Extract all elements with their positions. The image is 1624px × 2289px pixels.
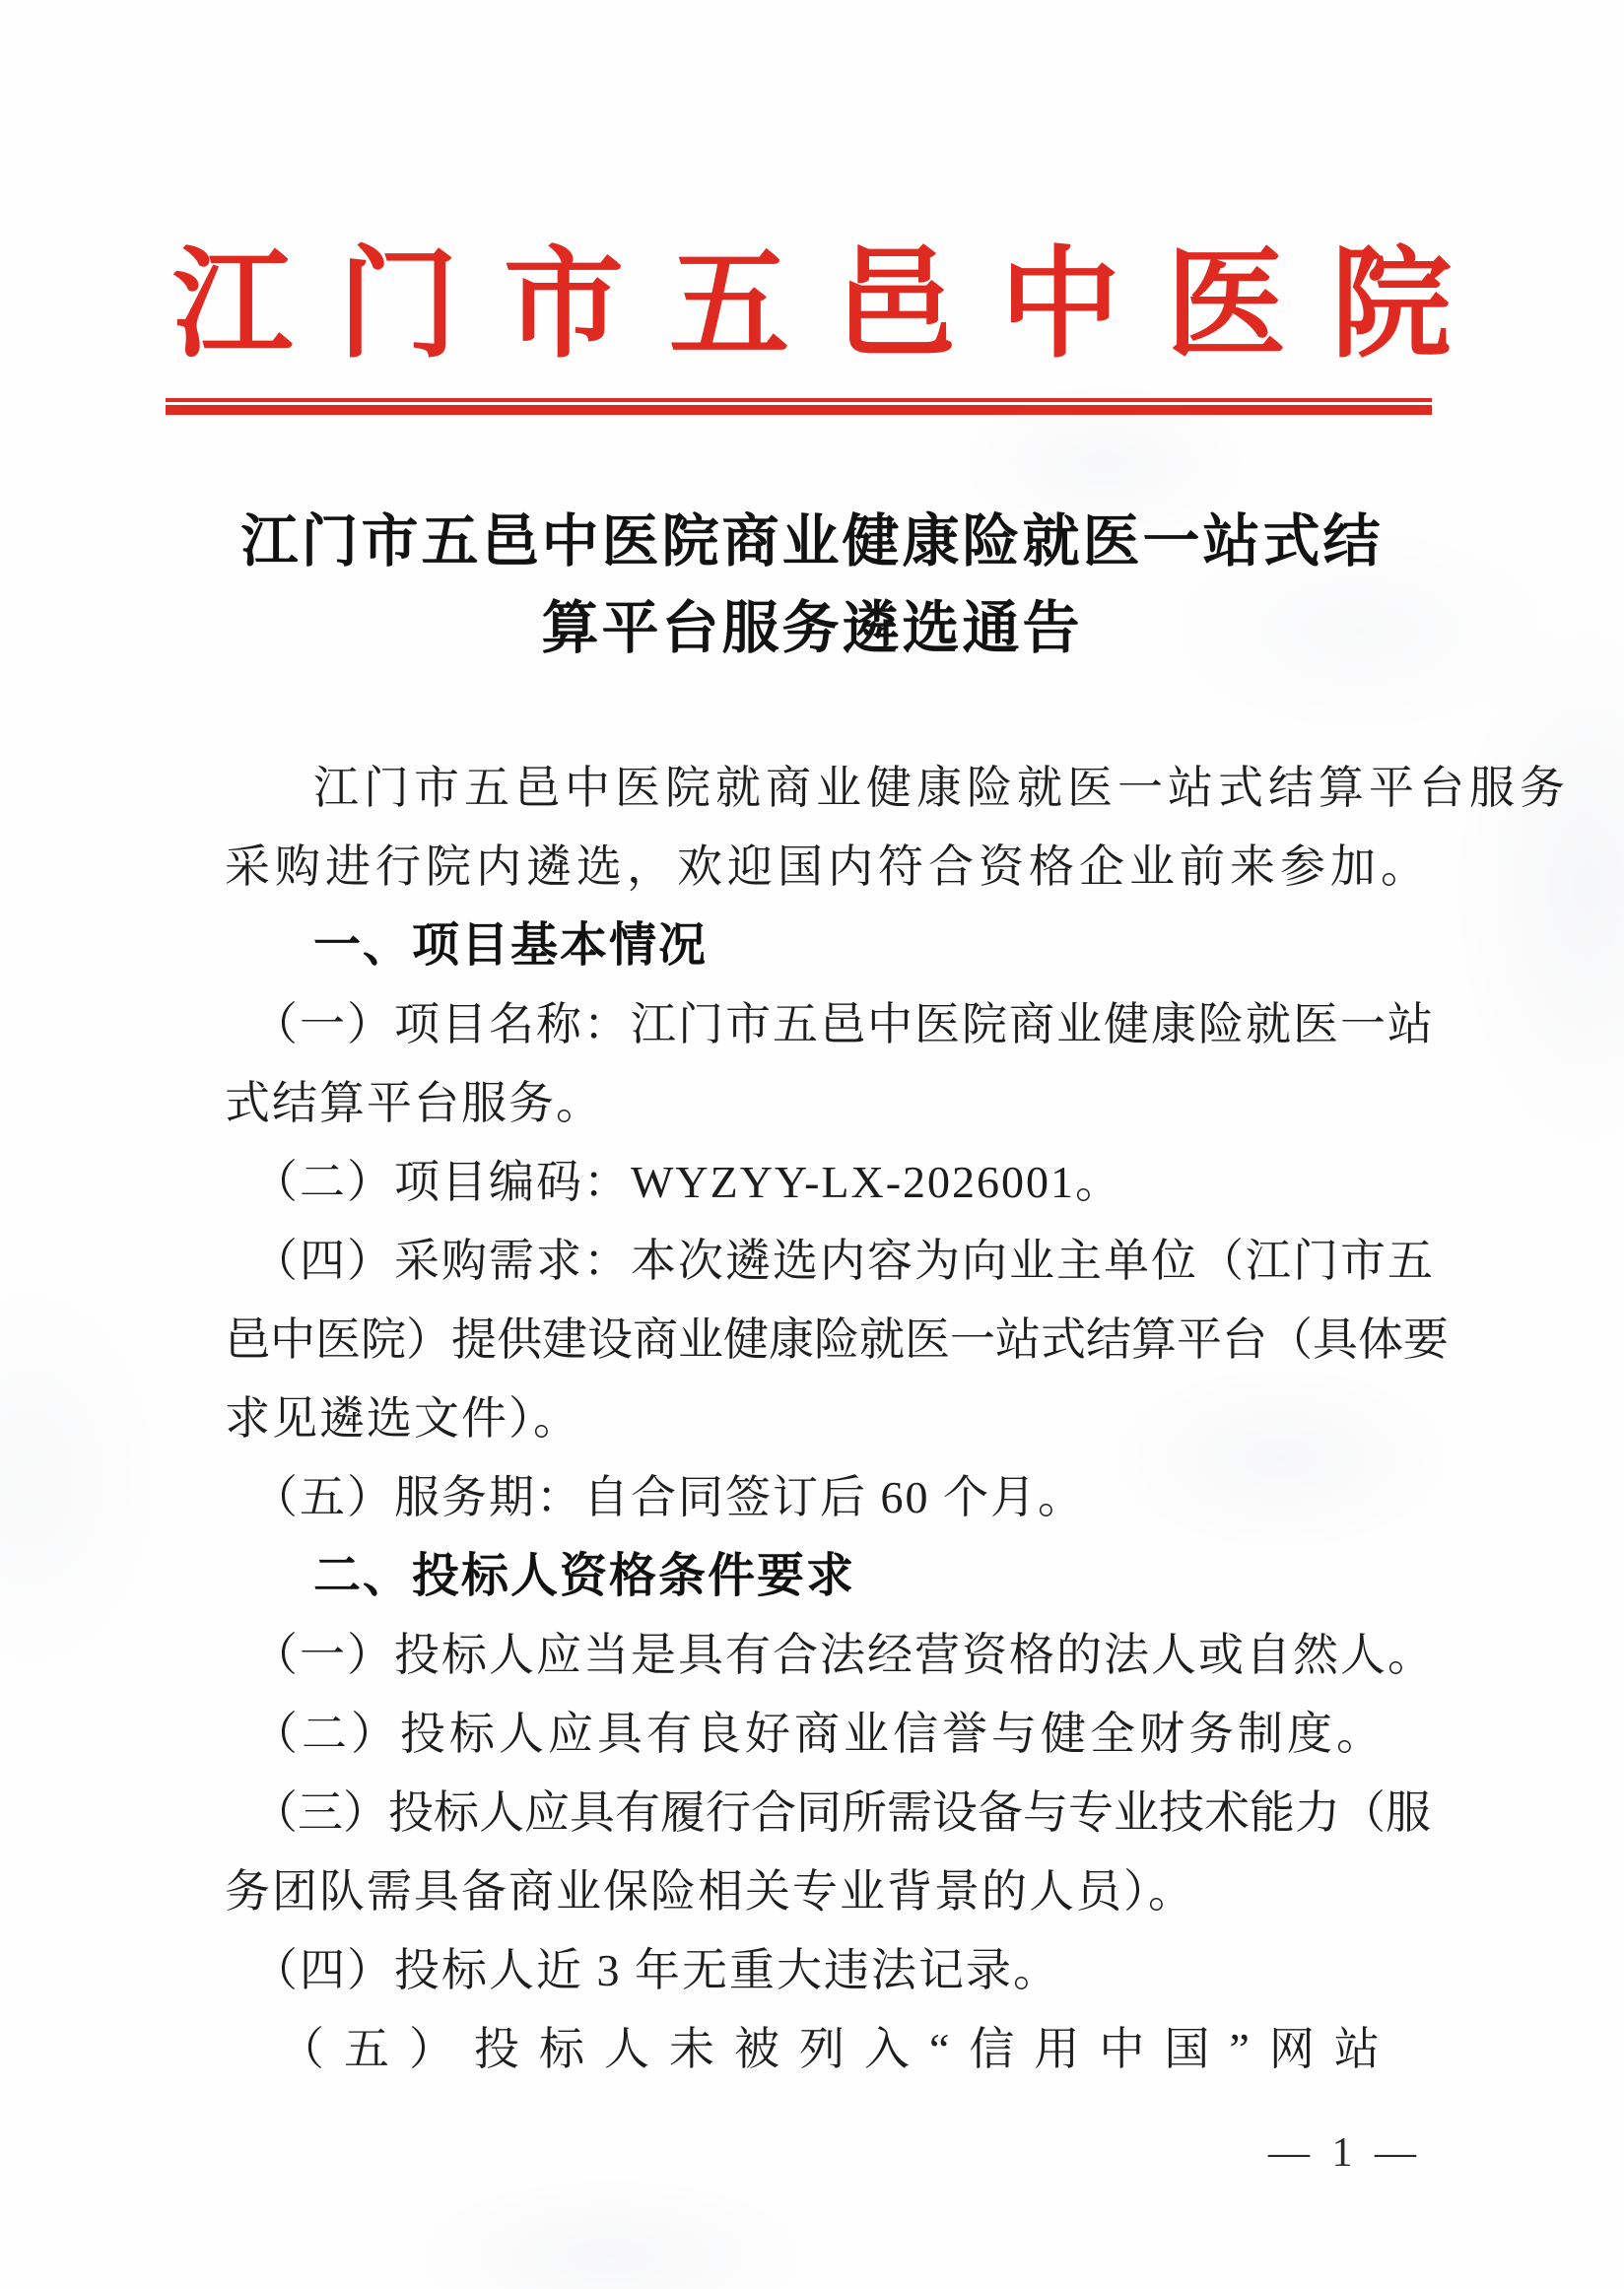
item-procurement-line-1: （四）采购需求：本次遴选内容为向业主单位（江门市五: [225, 1222, 1456, 1301]
qualification-item-3-line-2: 务团队需具备商业保险相关专业背景的人员）。: [225, 1852, 1456, 1931]
section-2-heading: 二、投标人资格条件要求: [225, 1537, 1456, 1616]
document-title: 江门市五邑中医院商业健康险就医一站式结 算平台服务遴选通告: [0, 499, 1624, 672]
letterhead-rule-thick: [166, 405, 1432, 415]
document-body: 江门市五邑中医院就商业健康险就医一站式结算平台服务 采购进行院内遴选，欢迎国内符…: [225, 749, 1456, 2089]
qualification-item-4: （四）投标人近 3 年无重大违法记录。: [225, 1931, 1456, 2010]
letterhead-hospital-name: 江门市五邑中医院: [0, 239, 1624, 372]
item-project-code: （二）项目编码：WYZYY-LX-2026001。: [225, 1143, 1456, 1222]
intro-line-1: 江门市五邑中医院就商业健康险就医一站式结算平台服务: [225, 749, 1456, 828]
section-1-heading: 一、项目基本情况: [225, 907, 1456, 985]
item-procurement-line-3: 求见遴选文件）。: [225, 1380, 1456, 1458]
letterhead-rule: [166, 398, 1432, 415]
item-procurement-line-2: 邑中医院）提供建设商业健康险就医一站式结算平台（具体要: [225, 1301, 1456, 1380]
document-title-line-1: 江门市五邑中医院商业健康险就医一站式结: [0, 499, 1624, 585]
qualification-item-1: （一）投标人应当是具有合法经营资格的法人或自然人。: [225, 1616, 1456, 1695]
document-page: 江门市五邑中医院 江门市五邑中医院商业健康险就医一站式结 算平台服务遴选通告 江…: [0, 0, 1624, 2289]
item-project-name-line-1: （一）项目名称：江门市五邑中医院商业健康险就医一站: [225, 985, 1456, 1064]
qualification-item-5-line-1: （五）投标人未被列入“信用中国”网站: [225, 2010, 1456, 2089]
item-project-name-line-2: 式结算平台服务。: [225, 1064, 1456, 1143]
page-number: — 1 —: [1268, 2128, 1422, 2178]
intro-line-2: 采购进行院内遴选，欢迎国内符合资格企业前来参加。: [225, 828, 1456, 907]
qualification-item-2: （二）投标人应具有良好商业信誉与健全财务制度。: [225, 1695, 1456, 1774]
qualification-item-3-line-1: （三）投标人应具有履行合同所需设备与专业技术能力（服: [225, 1774, 1456, 1852]
item-service-period: （五）服务期：自合同签订后 60 个月。: [225, 1458, 1456, 1537]
document-title-line-2: 算平台服务遴选通告: [0, 585, 1624, 672]
